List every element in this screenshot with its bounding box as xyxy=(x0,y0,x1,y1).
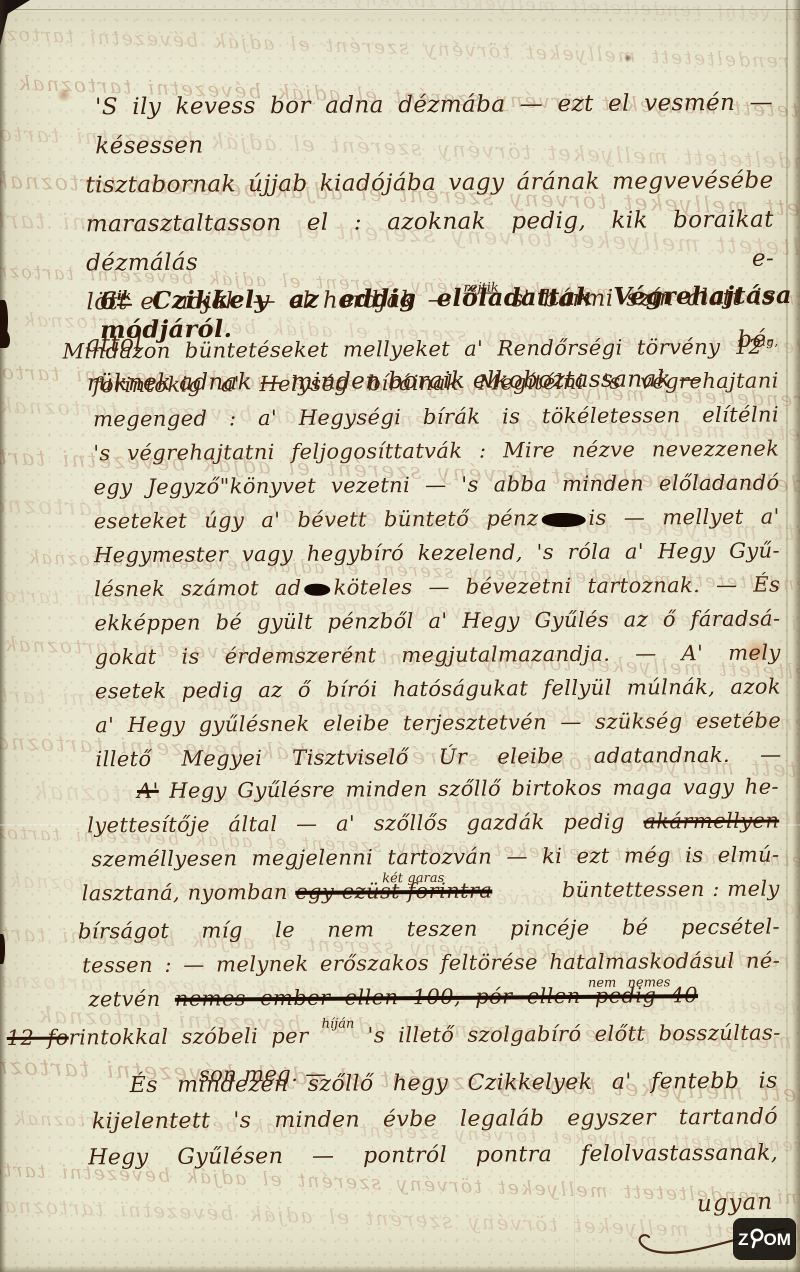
manuscript-line: lésnek számot adköteles — bévezetni tart… xyxy=(64,568,780,607)
manuscript-line: ekképpen bé gyült pénzből a' Hegy Gyűlés… xyxy=(64,601,780,640)
manuscript-line: 12 forintokkal szóbeli per híján 's ille… xyxy=(7,1016,781,1059)
manuscript-line: a' Hegy gyűlésnek eleibe terjesztetvén —… xyxy=(65,703,781,742)
manuscript-line: kijelentett 's minden évbe legaláb egysz… xyxy=(88,1100,778,1141)
line-segment: Mindazon büntetéseket mellyeket a' Rendő… xyxy=(63,335,763,364)
manuscript-line: eseteket úgy a' bévett büntető pénzis — … xyxy=(64,500,780,539)
binding-ink-mark xyxy=(0,330,10,348)
page-edge-right xyxy=(792,0,800,1272)
binding-ink-mark xyxy=(0,934,5,964)
interlinear-note: két garas xyxy=(382,871,444,886)
paragraph-3: A' Hegy Gyűlésre minden szőllő birtokos … xyxy=(77,770,781,1093)
manuscript-line: És mindezen szőllő hegy Czikkelyek a' fe… xyxy=(88,1064,778,1105)
manuscript-line: marasztaltasson el : azoknak pedig, kik … xyxy=(86,201,775,284)
top-fold-line xyxy=(0,9,800,10)
manuscript-line: lasztaná, nyomban egy ezüst forintrakét … xyxy=(78,872,780,915)
page-edge-left xyxy=(0,0,6,1272)
line-segment: büntettessen : mely xyxy=(562,877,780,903)
manuscript-line: gokat is érdemszerént megjutalmazandja. … xyxy=(65,635,781,674)
manuscript-line: zetvén nemes ember ellen 100, pór ellen … xyxy=(78,978,780,1021)
page-edge-bottom xyxy=(0,1266,800,1272)
struck-text: 12 fo xyxy=(7,1026,69,1050)
line-segment: köteles — bévezetni tartoznak. — És xyxy=(334,573,781,600)
zoom-watermark[interactable]: Z OM xyxy=(733,1218,796,1260)
paragraph-4: És mindezen szőllő hegy Czikkelyek a' fe… xyxy=(88,1064,779,1177)
line-segment: lasztaná, nyomban xyxy=(82,880,288,905)
manuscript-line: forintokig a' Helység bíráinak Megítélni… xyxy=(63,364,779,403)
interlinear-note: híján xyxy=(322,1017,355,1032)
line-segment: lésnek számot ad xyxy=(94,576,301,601)
catchword: ugyan xyxy=(697,1189,774,1218)
manuscript-line: Hegymester vagy hegybíró kezelend, 's ró… xyxy=(64,534,780,573)
watermark-letters-om: OM xyxy=(764,1231,791,1248)
struck-text: akármellyen xyxy=(643,809,779,834)
manuscript-line: esetek pedig az ő bírói hatóságukat fell… xyxy=(65,669,781,708)
line-segment: zetvén xyxy=(88,987,160,1012)
manuscript-line: egy Jegyző"könyvet vezetni — 's abba min… xyxy=(63,466,779,505)
manuscript-line: Hegy Gyűlésen — pontról pontra felolvast… xyxy=(88,1136,778,1177)
watermark-letter-z: Z xyxy=(738,1231,748,1248)
line-segment: 's illető szolgabíró előtt bosszúltas- xyxy=(368,1021,781,1048)
manuscript-line: tisztabornak újjab kiadójába vagy árának… xyxy=(85,162,773,206)
manuscript-page: boraikat a hegy gyűlés minden szőllős ga… xyxy=(0,0,800,1272)
line-segment: is — mellyet a' xyxy=(588,505,780,530)
article-number-suffix: ik xyxy=(117,289,132,306)
page-edge-top xyxy=(0,0,800,9)
ink-blot xyxy=(305,583,331,595)
ink-speck xyxy=(624,54,632,62)
manuscript-line: Mindazon büntetéseket mellyeket a' Rendő… xyxy=(62,325,778,369)
manuscript-line: 's végrehajtatni feljogosíttatvák : Mire… xyxy=(63,432,779,471)
manuscript-line: tessen : — melynek erőszakos feltörése h… xyxy=(78,944,780,983)
right-fold-line xyxy=(786,0,788,1272)
manuscript-line: megenged : a' Hegységi bírák is tökélete… xyxy=(63,398,779,437)
manuscript-line: A' Hegy Gyűlésre minden szőllő birtokos … xyxy=(77,770,779,809)
line-segment: eseteket úgy a' bévett büntető pénz xyxy=(94,506,539,533)
paragraph-2: Mindazon büntetéseket mellyeket a' Rendő… xyxy=(62,325,781,777)
manuscript-line: 'S ily kevess bor adna dézmába — ezt el … xyxy=(85,84,774,167)
ink-blot xyxy=(541,512,585,526)
article-number: 6 xyxy=(100,286,117,315)
struck-text: A' xyxy=(137,779,159,803)
line-segment: rintokkal szóbeli per xyxy=(69,1024,309,1050)
magnifier-icon xyxy=(749,1228,764,1254)
manuscript-line: bírságot míg le nem teszen pincéje bé pe… xyxy=(78,910,780,949)
manuscript-line: lyettesítője által — a' szőllős gazdák p… xyxy=(77,804,779,843)
foxing-stain xyxy=(56,88,72,102)
line-segment: lyettesítője által — a' szőllős gazdák p… xyxy=(87,810,625,838)
interlinear-note: nem nemes xyxy=(588,975,671,991)
line-segment: Hegy Gyűlésre minden szőllő birtokos mag… xyxy=(169,775,779,803)
superscript-note: ig, xyxy=(762,335,779,349)
